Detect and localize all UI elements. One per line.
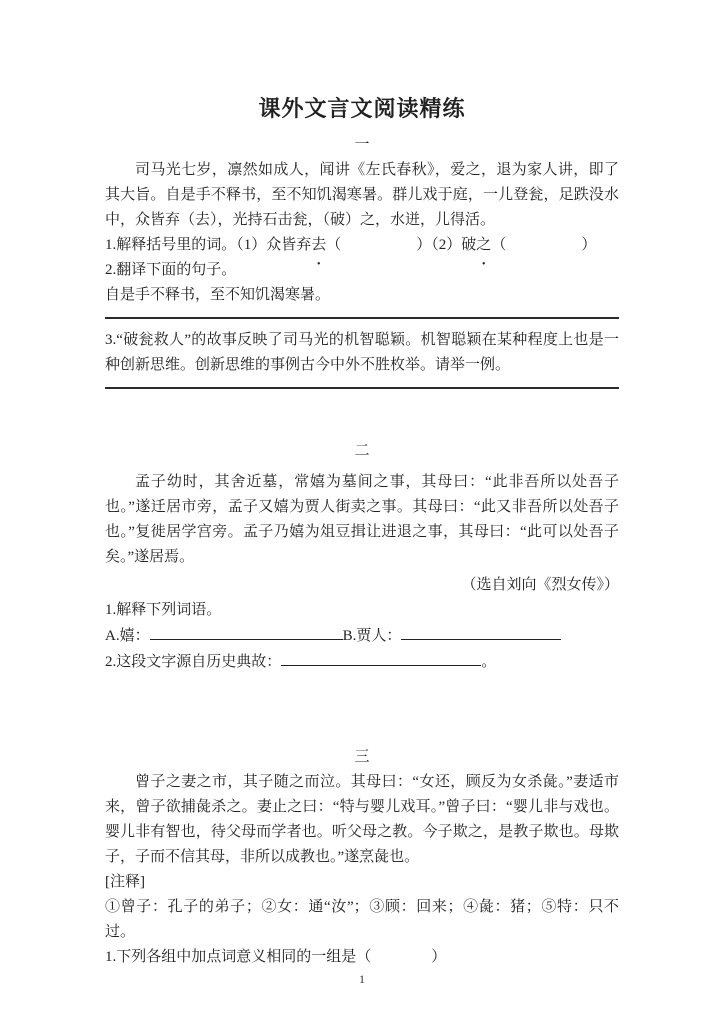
answer-separator-line-top [105,317,619,319]
page-title: 课外文言文阅读精练 [0,0,724,123]
dotted-word-qu: 去 [311,237,326,253]
answer-blank-a [150,623,343,640]
question-1-1-post: （ ） [491,237,596,253]
question-2-1-answers: A.嬉：B.贾人： [105,623,619,649]
question-1-2-sentence: 自是手不释书，至不知饥渴寒暑。 [105,283,619,308]
section-two-heading: 二 [105,439,619,464]
question-2-1-label: 1.解释下列词语。 [105,598,619,623]
passage-two-source: （选自刘向《烈女传》） [105,573,619,598]
answer-blank-c [281,649,481,666]
question-2-2-suffix: 。 [481,654,496,670]
answer-b-label: B.贾人： [343,628,402,644]
notes-text: ①曾子：孔子的弟子；②女：通“汝”；③顾：回来；④彘：猪；⑤特：只不过。 [105,895,619,945]
answer-a-label: A.嬉： [105,628,150,644]
document-page: 课外文言文阅读精练 一 司马光七岁，凛然如成人，闻讲《左氏春秋》，爱之，退为家人… [0,0,724,1024]
passage-three: 曾子之妻之市，其子随之而泣。其母曰：“女还，顾反为女杀彘。”妻适市来，曾子欲捕彘… [105,770,619,870]
question-1-2-label: 2.翻译下面的句子。 [105,258,619,283]
question-3-1: 1.下列各组中加点词意义相同的一组是（ ） [105,945,619,970]
section-three-heading: 三 [105,745,619,770]
passage-one: 司马光七岁，凛然如成人，闻讲《左氏春秋》，爱之，退为家人讲，即了其大旨。自是手不… [105,158,619,233]
question-1-3: 3.“破瓮救人”的故事反映了司马光的机智聪颖。机智聪颖在某种程度上也是一种创新思… [105,328,619,378]
page-number: 1 [105,972,619,986]
notes-label: [注释] [105,870,619,895]
question-2-2-pre: 2.这段文字源自历史典故： [105,654,281,670]
question-2-2: 2.这段文字源自历史典故：。 [105,649,619,675]
dotted-word-zhi: 之 [476,237,491,253]
section-one-heading: 一 [105,133,619,158]
question-1-1: 1.解释括号里的词。（1）众皆弃去（ ）（2）破之（ ） [105,233,619,258]
question-1-1-pre: 1.解释括号里的词。（1）众皆弃 [105,237,311,253]
question-1-1-mid: （ ）（2）破 [326,237,476,253]
answer-separator-line-bottom [105,387,619,389]
answer-blank-b [401,623,561,640]
passage-two: 孟子幼时，其舍近墓，常嬉为墓间之事，其母曰：“此非吾所以处吾子也。”遂迁居市旁，… [105,470,619,570]
page-content: 一 司马光七岁，凛然如成人，闻讲《左氏春秋》，爱之，退为家人讲，即了其大旨。自是… [0,133,724,986]
